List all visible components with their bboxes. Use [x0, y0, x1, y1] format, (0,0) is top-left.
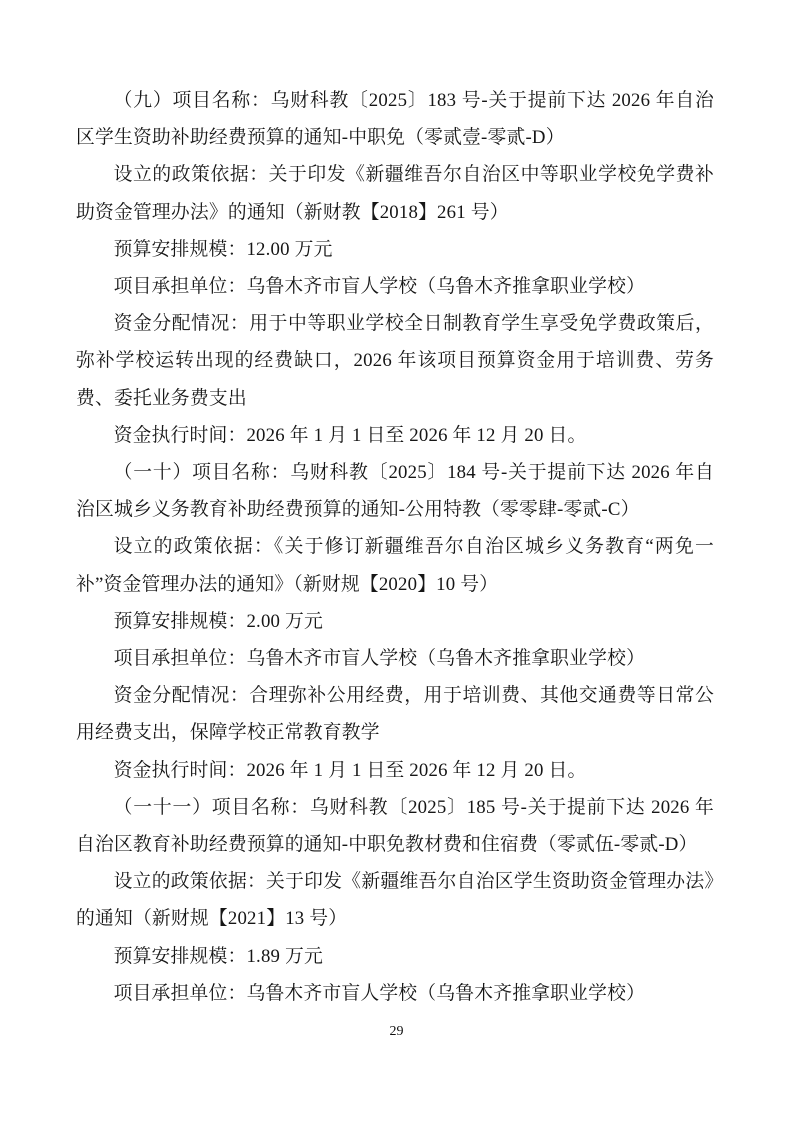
project-9-undertaking-unit: 项目承担单位：乌鲁木齐市盲人学校（乌鲁木齐推拿职业学校） [76, 268, 714, 305]
project-11-name: （一十一）项目名称：乌财科教〔2025〕185 号-关于提前下达 2026 年自… [76, 789, 714, 863]
project-9-policy-basis: 设立的政策依据：关于印发《新疆维吾尔自治区中等职业学校免学费补助资金管理办法》的… [76, 156, 714, 230]
project-10-fund-allocation: 资金分配情况：合理弥补公用经费，用于培训费、其他交通费等日常公用经费支出，保障学… [76, 677, 714, 751]
project-10-budget-scale: 预算安排规模：2.00 万元 [76, 603, 714, 640]
project-11-policy-basis: 设立的政策依据：关于印发《新疆维吾尔自治区学生资助资金管理办法》的通知（新财规【… [76, 863, 714, 937]
project-9-execution-time: 资金执行时间：2026 年 1 月 1 日至 2026 年 12 月 20 日。 [76, 417, 714, 454]
document-text-body: （九）项目名称：乌财科教〔2025〕183 号-关于提前下达 2026 年自治区… [76, 82, 714, 1012]
page-number: 29 [390, 1024, 404, 1039]
project-10-policy-basis: 设立的政策依据：《关于修订新疆维吾尔自治区城乡义务教育“两免一补”资金管理办法的… [76, 528, 714, 602]
project-10-undertaking-unit: 项目承担单位：乌鲁木齐市盲人学校（乌鲁木齐推拿职业学校） [76, 640, 714, 677]
project-10-execution-time: 资金执行时间：2026 年 1 月 1 日至 2026 年 12 月 20 日。 [76, 752, 714, 789]
project-11-undertaking-unit: 项目承担单位：乌鲁木齐市盲人学校（乌鲁木齐推拿职业学校） [76, 975, 714, 1012]
document-page: （九）项目名称：乌财科教〔2025〕183 号-关于提前下达 2026 年自治区… [0, 0, 793, 1122]
project-9-fund-allocation: 资金分配情况：用于中等职业学校全日制教育学生享受免学费政策后，弥补学校运转出现的… [76, 305, 714, 417]
project-9-name: （九）项目名称：乌财科教〔2025〕183 号-关于提前下达 2026 年自治区… [76, 82, 714, 156]
project-11-budget-scale: 预算安排规模：1.89 万元 [76, 938, 714, 975]
project-9-budget-scale: 预算安排规模：12.00 万元 [76, 231, 714, 268]
project-10-name: （一十）项目名称：乌财科教〔2025〕184 号-关于提前下达 2026 年自治… [76, 454, 714, 528]
page-footer: 29 [0, 1022, 793, 1040]
